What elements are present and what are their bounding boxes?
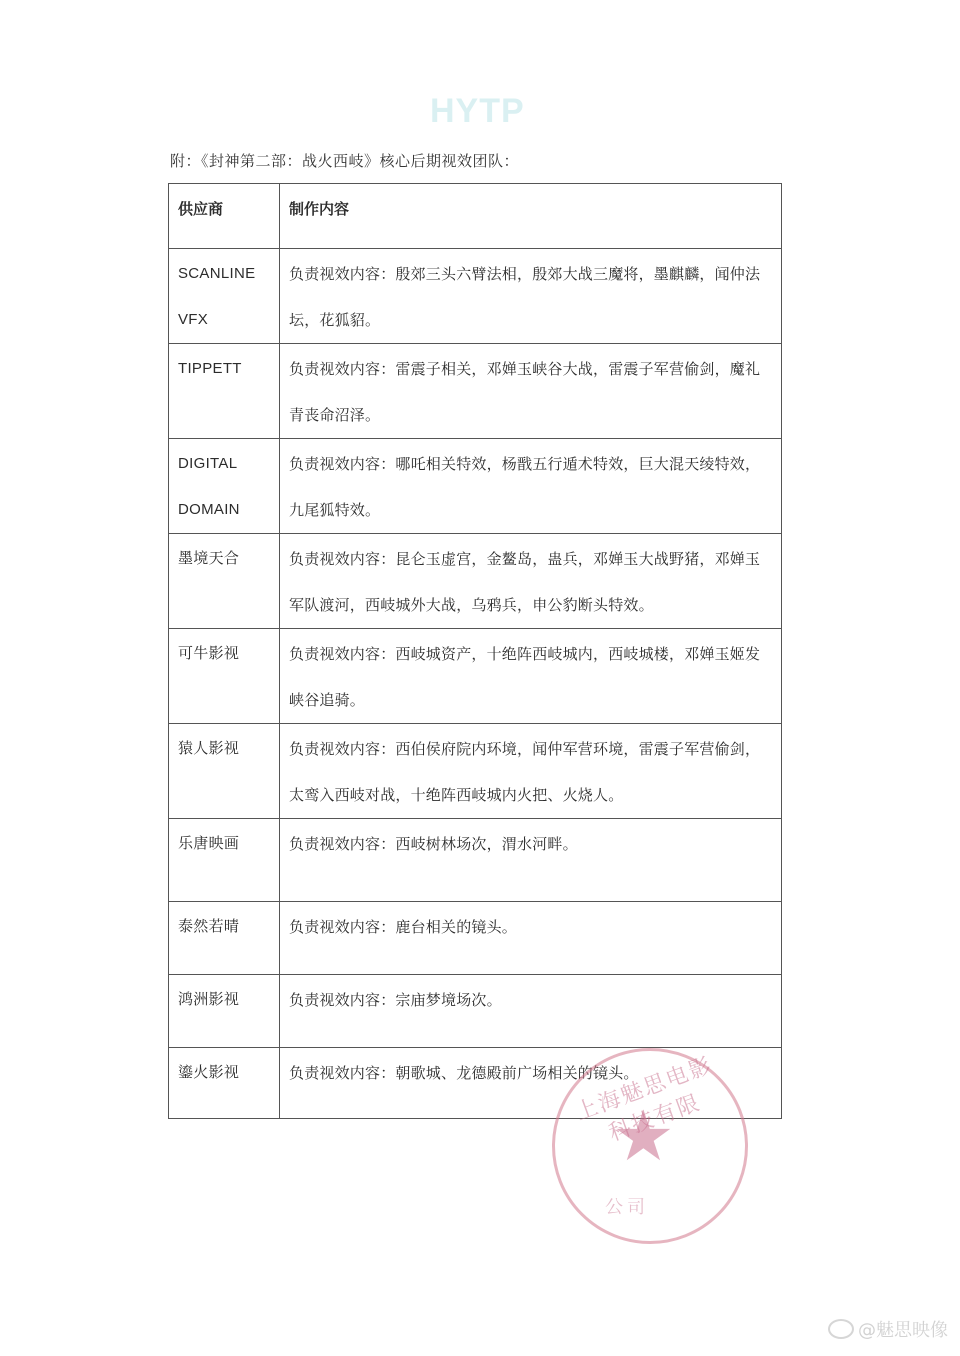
content-cell: 负责视效内容：鹿台相关的镜头。 bbox=[280, 902, 782, 975]
column-header-content: 制作内容 bbox=[280, 184, 782, 249]
vendor-cell: TIPPETT bbox=[169, 344, 280, 439]
content-cell: 负责视效内容：西岐城资产，十绝阵西岐城内，西岐城楼，邓婵玉姬发峡谷追骑。 bbox=[280, 629, 782, 724]
table-row: 可牛影视 负责视效内容：西岐城资产，十绝阵西岐城内，西岐城楼，邓婵玉姬发峡谷追骑… bbox=[169, 629, 782, 724]
content-cell: 负责视效内容：西岐树林场次，渭水河畔。 bbox=[280, 819, 782, 902]
table-row: 猿人影视 负责视效内容：西伯侯府院内环境，闻仲军营环境，雷震子军营偷剑，太鸾入西… bbox=[169, 724, 782, 819]
vendor-cell: 鎏火影视 bbox=[169, 1048, 280, 1119]
vendor-cell: 墨境天合 bbox=[169, 534, 280, 629]
table-row: 乐唐映画 负责视效内容：西岐树林场次，渭水河畔。 bbox=[169, 819, 782, 902]
vendor-cell: DIGITALDOMAIN bbox=[169, 439, 280, 534]
vendor-cell: 乐唐映画 bbox=[169, 819, 280, 902]
company-logo: HYTP bbox=[430, 92, 530, 132]
vendor-cell: 可牛影视 bbox=[169, 629, 280, 724]
company-seal-stamp: 上海魅思电影科技有限 ★ 公司 bbox=[552, 1048, 748, 1244]
stamp-subtext: 公司 bbox=[605, 1193, 649, 1219]
table-header-row: 供应商 制作内容 bbox=[169, 184, 782, 249]
vendor-cell: 泰然若晴 bbox=[169, 902, 280, 975]
column-header-vendor: 供应商 bbox=[169, 184, 280, 249]
star-icon: ★ bbox=[612, 1101, 675, 1171]
table-row: 泰然若晴 负责视效内容：鹿台相关的镜头。 bbox=[169, 902, 782, 975]
table-row: TIPPETT 负责视效内容：雷震子相关，邓婵玉峡谷大战，雷震子军营偷剑，魔礼青… bbox=[169, 344, 782, 439]
table-row: 墨境天合 负责视效内容：昆仑玉虚宫，金鳌岛，蛊兵，邓婵玉大战野猪，邓婵玉军队渡河… bbox=[169, 534, 782, 629]
content-cell: 负责视效内容：西伯侯府院内环境，闻仲军营环境，雷震子军营偷剑，太鸾入西岐对战，十… bbox=[280, 724, 782, 819]
table-row: DIGITALDOMAIN 负责视效内容：哪吒相关特效，杨戬五行遁术特效，巨大混… bbox=[169, 439, 782, 534]
vendor-cell: SCANLINEVFX bbox=[169, 249, 280, 344]
weibo-watermark: @魅思映像 bbox=[828, 1316, 948, 1342]
vfx-vendor-table: 供应商 制作内容 SCANLINEVFX 负责视效内容：殷郊三头六臂法相，殷郊大… bbox=[168, 183, 782, 1119]
content-cell: 负责视效内容：殷郊三头六臂法相，殷郊大战三魔将，墨麒麟，闻仲法坛，花狐貂。 bbox=[280, 249, 782, 344]
intro-heading: 附：《封神第二部：战火西岐》核心后期视效团队： bbox=[170, 150, 519, 171]
content-cell: 负责视效内容：宗庙梦境场次。 bbox=[280, 975, 782, 1048]
content-cell: 负责视效内容：昆仑玉虚宫，金鳌岛，蛊兵，邓婵玉大战野猪，邓婵玉军队渡河，西岐城外… bbox=[280, 534, 782, 629]
content-cell: 负责视效内容：哪吒相关特效，杨戬五行遁术特效，巨大混天绫特效，九尾狐特效。 bbox=[280, 439, 782, 534]
table-row: SCANLINEVFX 负责视效内容：殷郊三头六臂法相，殷郊大战三魔将，墨麒麟，… bbox=[169, 249, 782, 344]
vendor-cell: 鸿洲影视 bbox=[169, 975, 280, 1048]
table-row: 鸿洲影视 负责视效内容：宗庙梦境场次。 bbox=[169, 975, 782, 1048]
content-cell: 负责视效内容：雷震子相关，邓婵玉峡谷大战，雷震子军营偷剑，魔礼青丧命沼泽。 bbox=[280, 344, 782, 439]
vendor-cell: 猿人影视 bbox=[169, 724, 280, 819]
weibo-icon bbox=[828, 1319, 854, 1339]
watermark-text: @魅思映像 bbox=[858, 1316, 948, 1342]
